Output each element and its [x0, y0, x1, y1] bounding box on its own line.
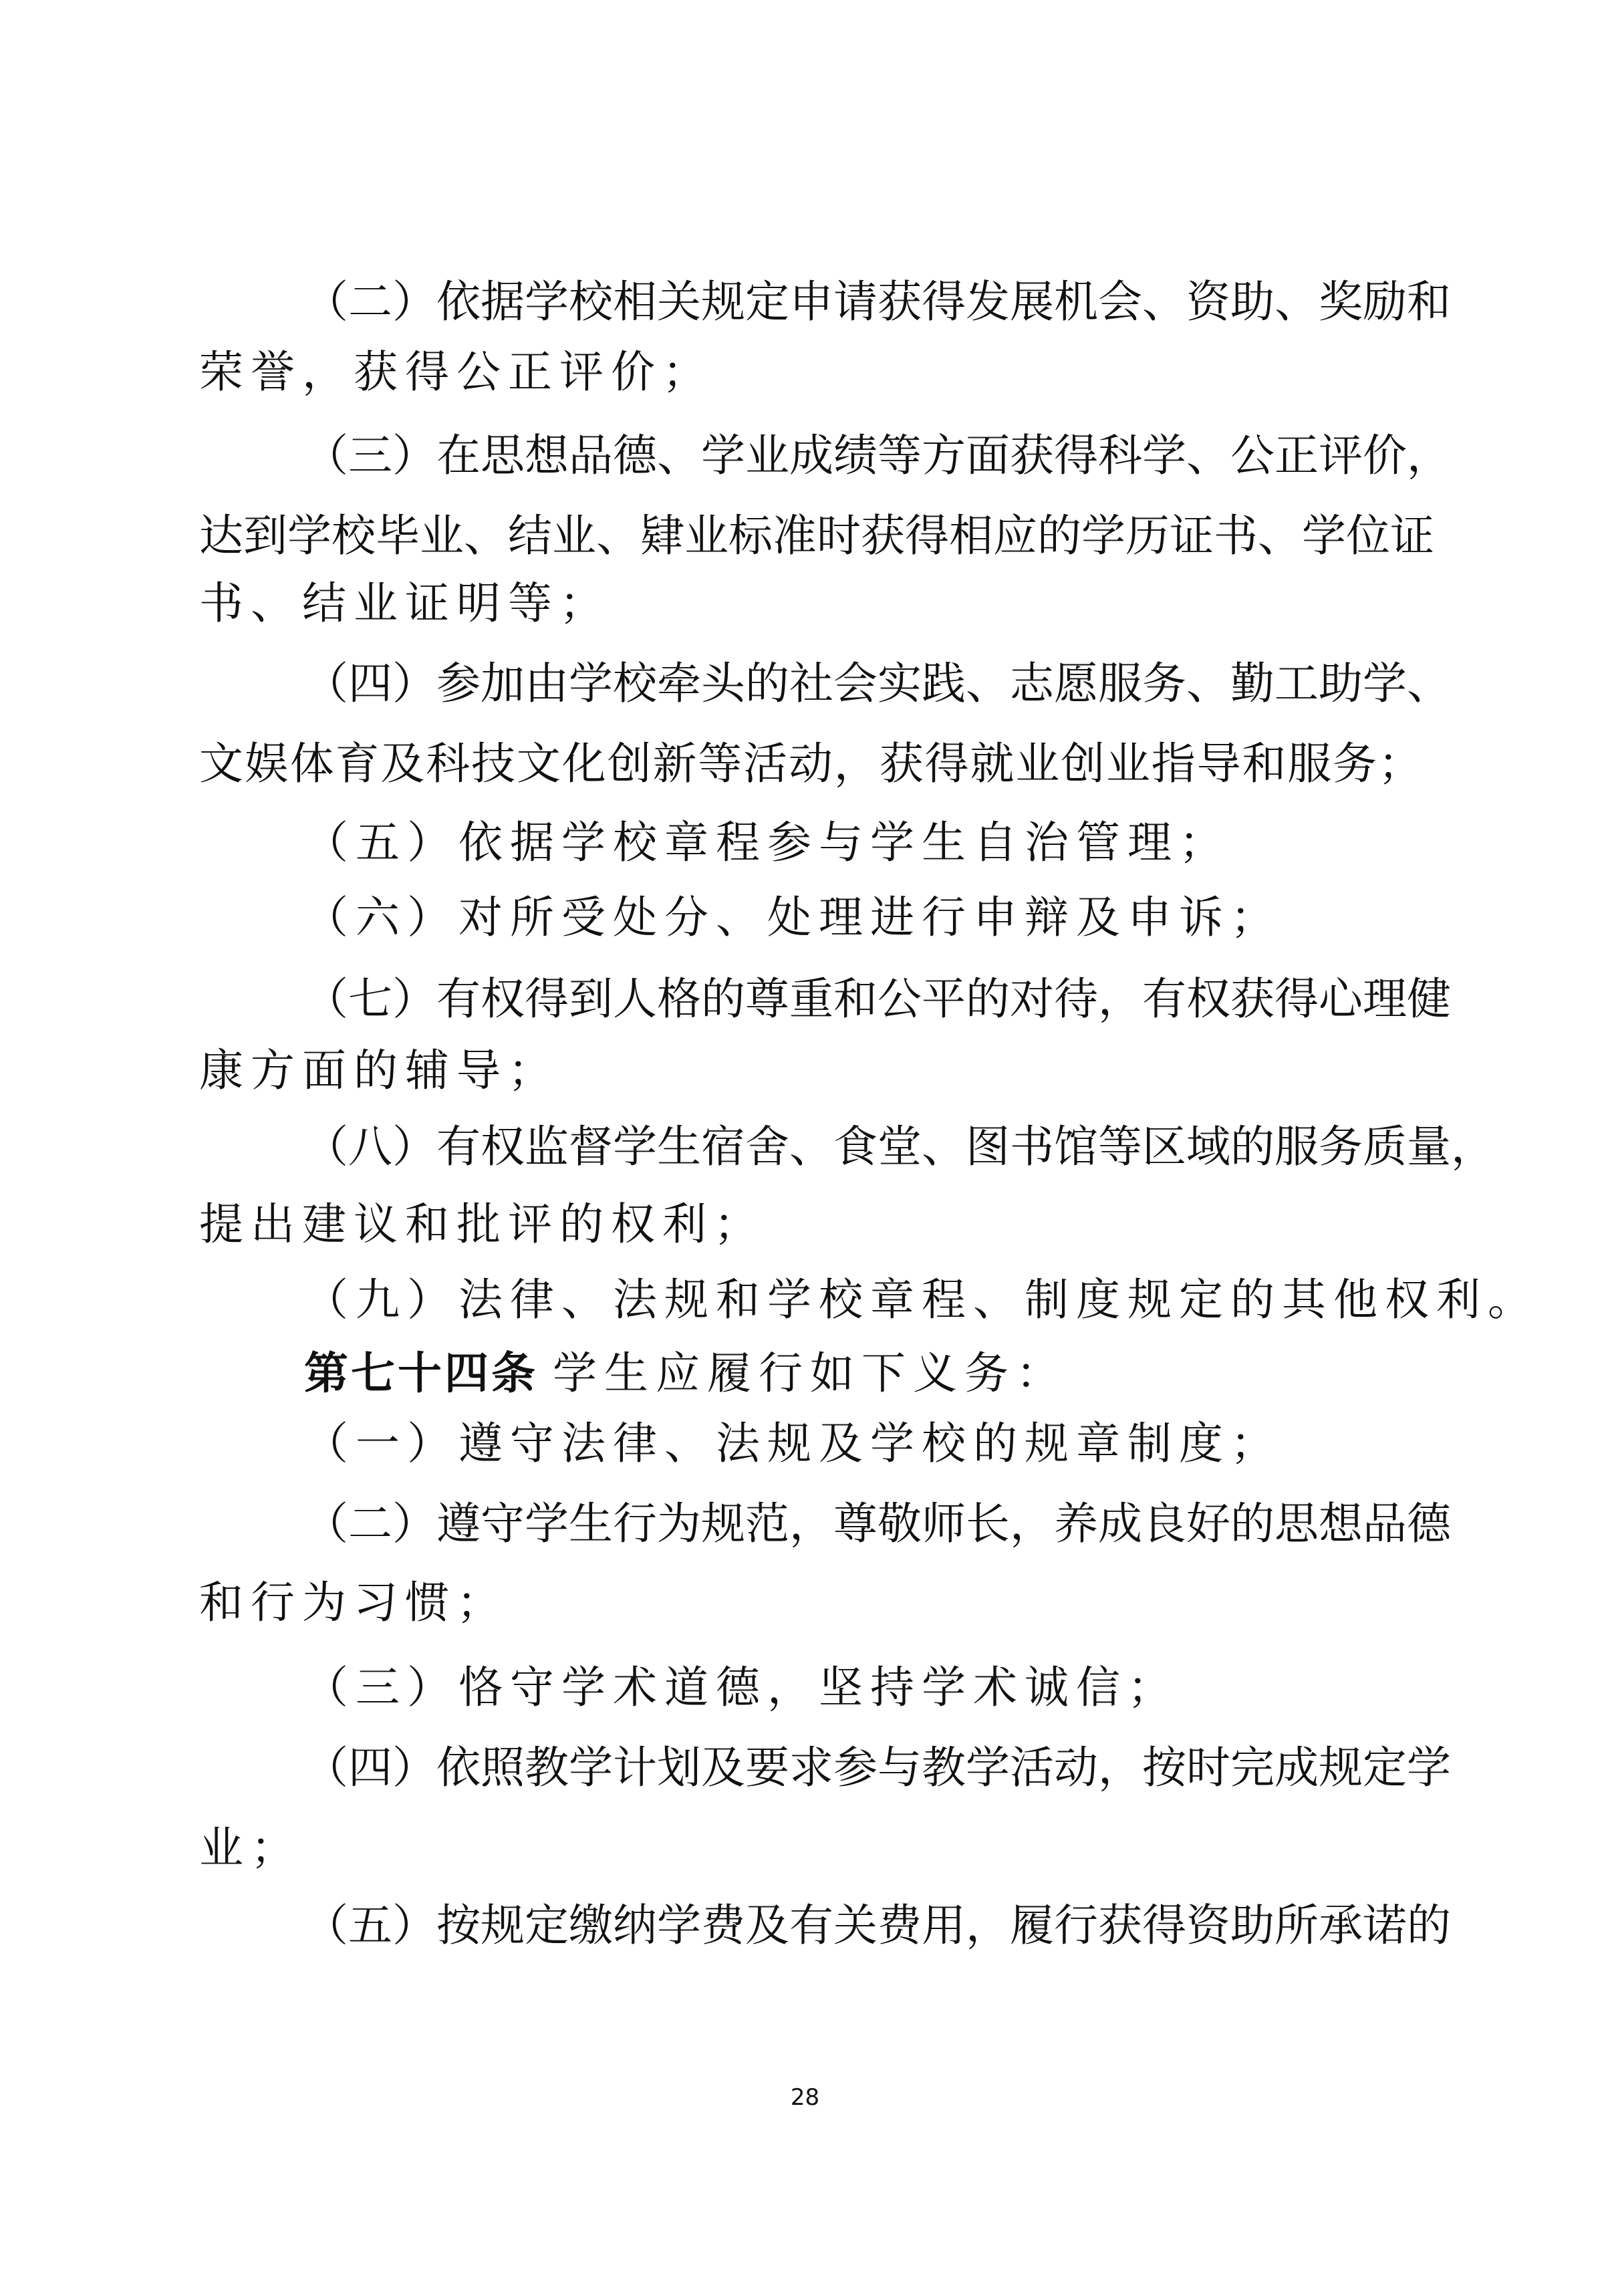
rights-item-7-line-2: 康方面的辅导；	[199, 1034, 1422, 1108]
rights-item-7-line-1: （七）有权得到人格的尊重和公平的对待，有权获得心理健	[304, 963, 1427, 1036]
duties-item-2-line-2: 和行为习惯；	[199, 1566, 1422, 1640]
rights-item-3-line-3: 书、结业证明等；	[199, 567, 1422, 640]
rights-item-8-line-1: （八）有权监督学生宿舍、食堂、图书馆等区域的服务质量，	[304, 1110, 1427, 1184]
document-page: （二）依据学校相关规定申请获得发展机会、资助、奖励和 荣誉，获得公正评价； （三…	[0, 0, 1610, 2296]
rights-item-2-line-1: （二）依据学校相关规定申请获得发展机会、资助、奖励和	[304, 265, 1427, 339]
duties-item-4-line-1: （四）依照教学计划及要求参与教学活动，按时完成规定学	[304, 1731, 1427, 1805]
duties-item-1: （一）遵守法律、法规及学校的规章制度；	[304, 1407, 1427, 1481]
rights-item-6: （六）对所受处分、处理进行申辩及申诉；	[304, 881, 1427, 954]
rights-item-2-line-2: 荣誉，获得公正评价；	[199, 336, 1422, 409]
rights-item-8-line-2: 提出建议和批评的权利；	[199, 1188, 1422, 1261]
rights-item-4-line-2: 文娱体育及科技文化创新等活动，获得就业创业指导和服务；	[199, 727, 1422, 801]
duties-item-2-line-1: （二）遵守学生行为规范，尊敬师长，养成良好的思想品德	[304, 1487, 1427, 1561]
rights-item-9: （九）法律、法规和学校章程、制度规定的其他权利。	[304, 1263, 1427, 1337]
page-number: 28	[0, 2084, 1610, 2111]
rights-item-3-line-2: 达到学校毕业、结业、肄业标准时获得相应的学历证书、学位证	[199, 499, 1422, 573]
article-74-intro: 学生应履行如下义务：	[553, 1348, 1067, 1399]
duties-item-4-line-2: 业；	[199, 1811, 1422, 1885]
rights-item-3-line-1: （三）在思想品德、学业成绩等方面获得科学、公正评价，	[304, 419, 1427, 493]
rights-item-5: （五）依据学校章程参与学生自治管理；	[304, 806, 1427, 880]
article-74-heading: 第七十四条学生应履行如下义务：	[304, 1337, 1427, 1410]
rights-item-4-line-1: （四）参加由学校牵头的社会实践、志愿服务、勤工助学、	[304, 647, 1427, 721]
duties-item-3: （三）恪守学术道德，坚持学术诚信；	[304, 1651, 1427, 1725]
article-number-label: 第七十四条	[304, 1348, 538, 1399]
duties-item-5-line-1: （五）按规定缴纳学费及有关费用，履行获得资助所承诺的	[304, 1889, 1427, 1962]
